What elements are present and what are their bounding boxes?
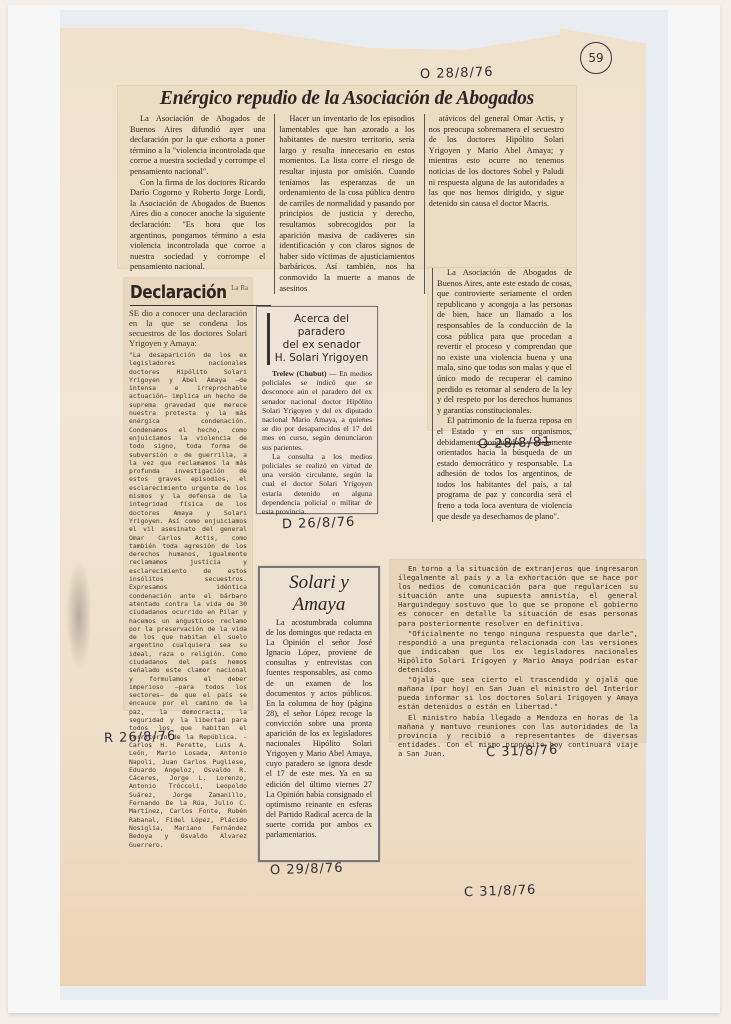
handwritten-date-solari: O 29/8/76 <box>270 861 344 879</box>
page-number: 59 <box>580 42 612 74</box>
stain-mark <box>66 560 92 670</box>
paragraph: La acostumbrada columna de los domingos … <box>266 618 372 840</box>
paragraph: El patrimonio de la fuerza reposa en el … <box>437 416 572 522</box>
handwritten-date-right: C 31/8/76 <box>486 743 559 761</box>
article-column-3-continued: La Asociación de Abogados de Buenos Aire… <box>432 268 572 522</box>
clipping-solari-y-amaya: Solari y Amaya La acostumbrada columna d… <box>258 566 380 862</box>
paragraph: atávicos del general Omar Actis, y nos p… <box>429 114 564 209</box>
clipping-energico-repudio: Enérgico repudio de la Asociación de Abo… <box>118 86 576 268</box>
clipping-headline: Declaración <box>130 282 271 306</box>
article-column-2: Hacer un inventario de los episodios lam… <box>274 114 414 294</box>
declaration-text: "La desaparición de los ex legisladores … <box>129 351 247 849</box>
handwritten-date-top: O 28/8/76 <box>420 65 494 83</box>
article-column-1: La Asociación de Abogados de Buenos Aire… <box>130 114 265 294</box>
dateline: Trelew (Chubut) <box>272 369 327 378</box>
clipping-acerca-del-paradero: Acerca del paradero del ex senador H. So… <box>256 306 378 514</box>
headline-line: del ex senador <box>283 339 361 351</box>
paragraph: "Ojalá que sea cierto el trascendido y o… <box>398 675 638 711</box>
clipping-harguindeguy: En torno a la situación de extranjeros q… <box>390 560 646 742</box>
paragraph: La Asociación de Abogados de Buenos Aire… <box>437 268 572 416</box>
paragraph: La Asociación de Abogados de Buenos Aire… <box>130 114 265 178</box>
clipping-headline: Solari y Amaya <box>260 572 378 616</box>
paragraph: Hacer un inventario de los episodios lam… <box>279 114 414 294</box>
headline-line: Amaya <box>293 594 346 615</box>
paragraph: Con la firma de los doctores Ricardo Dar… <box>130 178 265 273</box>
handwritten-date-declaracion: R 26/8/76 <box>104 729 177 747</box>
paragraph: La consulta a los medios policiales se r… <box>262 452 372 516</box>
handwritten-date-acerca: D 26/8/76 <box>282 515 356 533</box>
paragraph: "Oficialmente no tengo ninguna respuesta… <box>398 629 638 674</box>
handwritten-date-crossed: O 28/8/81 <box>478 435 552 453</box>
paragraph: En torno a la situación de extranjeros q… <box>398 564 638 628</box>
headline-line: H. Solari Yrigoyen <box>275 352 368 364</box>
handwritten-date-bottom: C 31/8/76 <box>464 883 537 901</box>
paragraph: — En medios policiales se indicó que se … <box>262 369 372 452</box>
clipping-energico-continued: La Asociación de Abogados de Buenos Aire… <box>428 268 576 430</box>
lead-paragraph: SE dio a conocer una declaración en la q… <box>129 308 247 348</box>
clipping-declaracion: La Ra Declaración SE dio a conocer una d… <box>124 278 252 710</box>
clipping-headline: Acerca del paradero del ex senador H. So… <box>267 313 373 365</box>
headline-line: Acerca del paradero <box>294 313 349 338</box>
clipping-headline: Enérgico repudio de la Asociación de Abo… <box>118 88 576 110</box>
headline-line: Solari y <box>289 572 349 593</box>
